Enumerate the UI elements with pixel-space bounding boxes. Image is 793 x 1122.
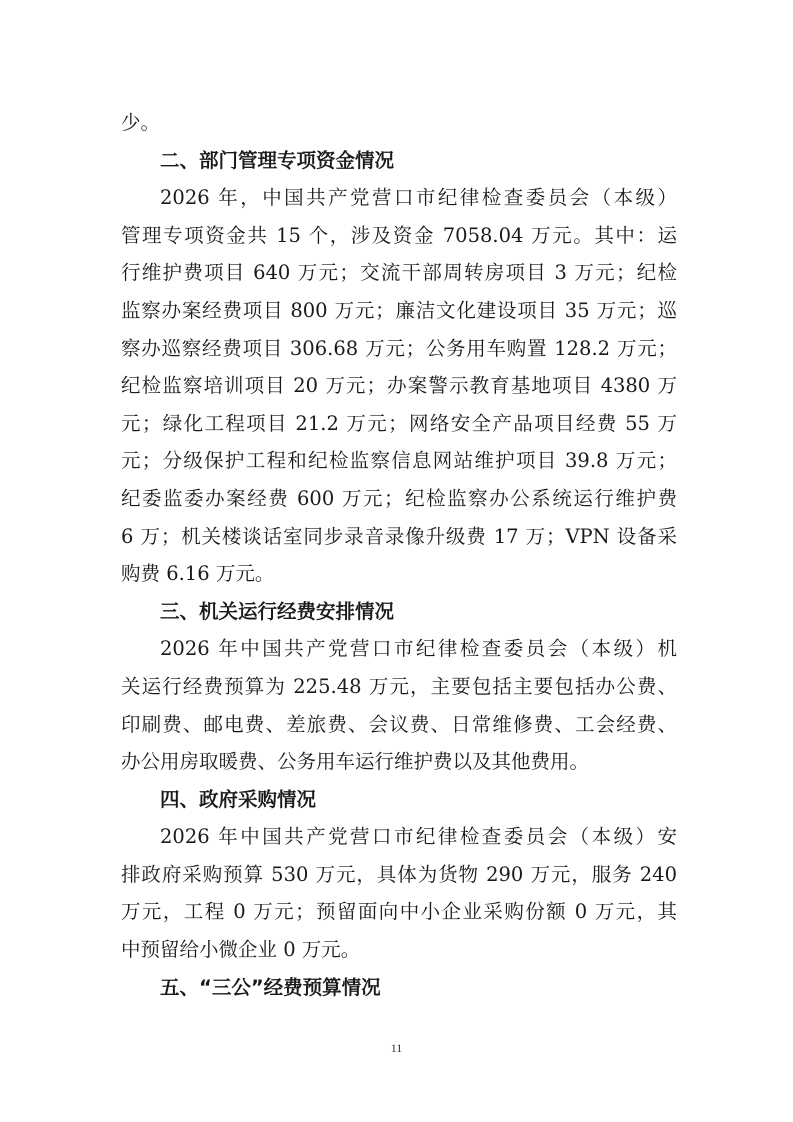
paragraph-line: 监察办案经费项目 800 万元；廉洁文化建设项目 35 万元；巡 bbox=[121, 292, 677, 330]
paragraph-line: 购费 6.16 万元。 bbox=[121, 555, 677, 593]
section-heading-5: 五、“三公”经费预算情况 bbox=[121, 969, 677, 1007]
paragraph-line: 纪委监委办案经费 600 万元；纪检监察办公系统运行维护费 bbox=[121, 480, 677, 518]
paragraph-line: 元；分级保护工程和纪检监察信息网站维护项目 39.8 万元； bbox=[121, 442, 677, 480]
paragraph-special-funds: 2026 年，中国共产党营口市纪律检查委员会（本级） 管理专项资金共 15 个，… bbox=[121, 179, 677, 593]
paragraph-line: 办公用房取暖费、公务用车运行维护费以及其他费用。 bbox=[121, 743, 677, 781]
paragraph-line: 6 万；机关楼谈话室同步录音录像升级费 17 万；VPN 设备采 bbox=[121, 518, 677, 556]
paragraph-line: 察办巡察经费项目 306.68 万元；公务用车购置 128.2 万元； bbox=[121, 330, 677, 368]
paragraph-procurement: 2026 年中国共产党营口市纪律检查委员会（本级）安 排政府采购预算 530 万… bbox=[121, 818, 677, 968]
document-page: 少。 二、部门管理专项资金情况 2026 年，中国共产党营口市纪律检查委员会（本… bbox=[121, 104, 677, 1006]
paragraph-line: 纪检监察培训项目 20 万元；办案警示教育基地项目 4380 万 bbox=[121, 367, 677, 405]
section-heading-2: 二、部门管理专项资金情况 bbox=[121, 142, 677, 180]
paragraph-line: 行维护费项目 640 万元；交流干部周转房项目 3 万元；纪检 bbox=[121, 254, 677, 292]
paragraph-line: 2026 年中国共产党营口市纪律检查委员会（本级）机 bbox=[121, 630, 677, 668]
paragraph-line: 管理专项资金共 15 个，涉及资金 7058.04 万元。其中：运 bbox=[121, 217, 677, 255]
paragraph-line: 印刷费、邮电费、差旅费、会议费、日常维修费、工会经费、 bbox=[121, 706, 677, 744]
paragraph-line: 元；绿化工程项目 21.2 万元；网络安全产品项目经费 55 万 bbox=[121, 405, 677, 443]
paragraph-line: 关运行经费预算为 225.48 万元，主要包括主要包括办公费、 bbox=[121, 668, 677, 706]
paragraph-line: 少。 bbox=[121, 104, 677, 142]
paragraph-line: 2026 年，中国共产党营口市纪律检查委员会（本级） bbox=[121, 179, 677, 217]
section-heading-3: 三、机关运行经费安排情况 bbox=[121, 593, 677, 631]
page-number: 11 bbox=[0, 1041, 793, 1056]
paragraph-line: 2026 年中国共产党营口市纪律检查委员会（本级）安 bbox=[121, 818, 677, 856]
paragraph-line: 万元，工程 0 万元；预留面向中小企业采购份额 0 万元，其 bbox=[121, 893, 677, 931]
paragraph-line: 中预留给小微企业 0 万元。 bbox=[121, 931, 677, 969]
paragraph-operating-costs: 2026 年中国共产党营口市纪律检查委员会（本级）机 关运行经费预算为 225.… bbox=[121, 630, 677, 780]
paragraph-line: 排政府采购预算 530 万元，具体为货物 290 万元，服务 240 bbox=[121, 856, 677, 894]
section-heading-4: 四、政府采购情况 bbox=[121, 781, 677, 819]
